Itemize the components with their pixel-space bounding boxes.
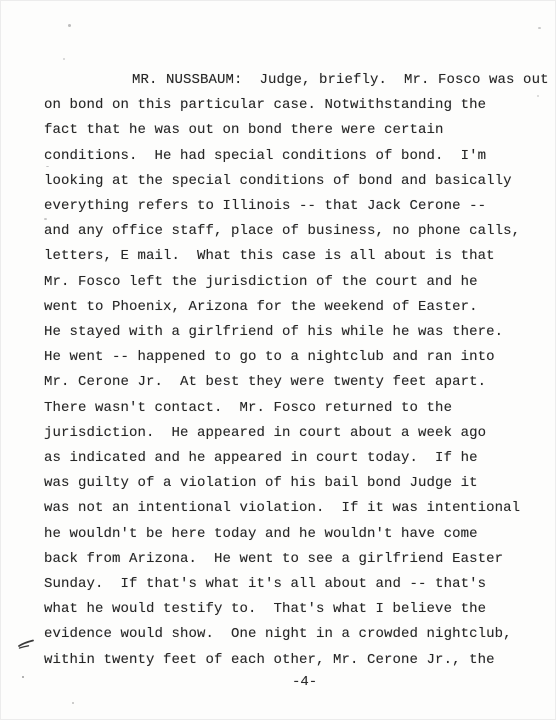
page-number: -4-: [292, 674, 317, 690]
scan-speck: [68, 24, 71, 27]
scan-speck: [72, 702, 74, 704]
transcript-line: as indicated and he appeared in court to…: [44, 446, 540, 471]
transcript-line: He went -- happened to go to a nightclub…: [44, 345, 540, 370]
transcript-line: letters, E mail. What this case is all a…: [44, 244, 540, 269]
transcript-line: what he would testify to. That's what I …: [44, 597, 540, 622]
transcript-line: jurisdiction. He appeared in court about…: [44, 421, 540, 446]
transcript-line: was guilty of a violation of his bail bo…: [44, 471, 540, 496]
transcript-line: conditions. He had special conditions of…: [44, 144, 540, 169]
transcript-line: looking at the special conditions of bon…: [44, 169, 540, 194]
transcript-line: Mr. Cerone Jr. At best they were twenty …: [44, 370, 540, 395]
transcript-line: evidence would show. One night in a crow…: [44, 622, 540, 647]
scan-speck: [46, 166, 49, 167]
transcript-line: on bond on this particular case. Notwith…: [44, 93, 540, 118]
transcript-line: went to Phoenix, Arizona for the weekend…: [44, 295, 540, 320]
transcript-line: within twenty feet of each other, Mr. Ce…: [44, 648, 540, 673]
transcript-page: MR. NUSSBAUM: Judge, briefly. Mr. Fosco …: [0, 0, 556, 720]
transcript-line: Sunday. If that's what it's all about an…: [44, 572, 540, 597]
scan-speck: [44, 218, 47, 220]
transcript-line: Mr. Fosco left the jurisdiction of the c…: [44, 270, 540, 295]
ink-scribble-icon: [18, 639, 35, 649]
transcript-line-speaker: MR. NUSSBAUM: Judge, briefly. Mr. Fosco …: [44, 68, 540, 93]
transcript-line: was not an intentional violation. If it …: [44, 496, 540, 521]
transcript-line: and any office staff, place of business,…: [44, 219, 540, 244]
transcript-line: fact that he was out on bond there were …: [44, 118, 540, 143]
transcript-line: He stayed with a girlfriend of his while…: [44, 320, 540, 345]
transcript-line: he wouldn't be here today and he wouldn'…: [44, 522, 540, 547]
scan-speck: [22, 676, 24, 678]
transcript-line: everything refers to Illinois -- that Ja…: [44, 194, 540, 219]
transcript-line: back from Arizona. He went to see a girl…: [44, 547, 540, 572]
transcript-line: There wasn't contact. Mr. Fosco returned…: [44, 396, 540, 421]
scan-speck: [63, 58, 65, 60]
scan-speck: [538, 27, 541, 29]
scan-speck: [537, 95, 539, 97]
transcript-text: MR. NUSSBAUM: Judge, briefly. Mr. Fosco …: [44, 68, 540, 673]
